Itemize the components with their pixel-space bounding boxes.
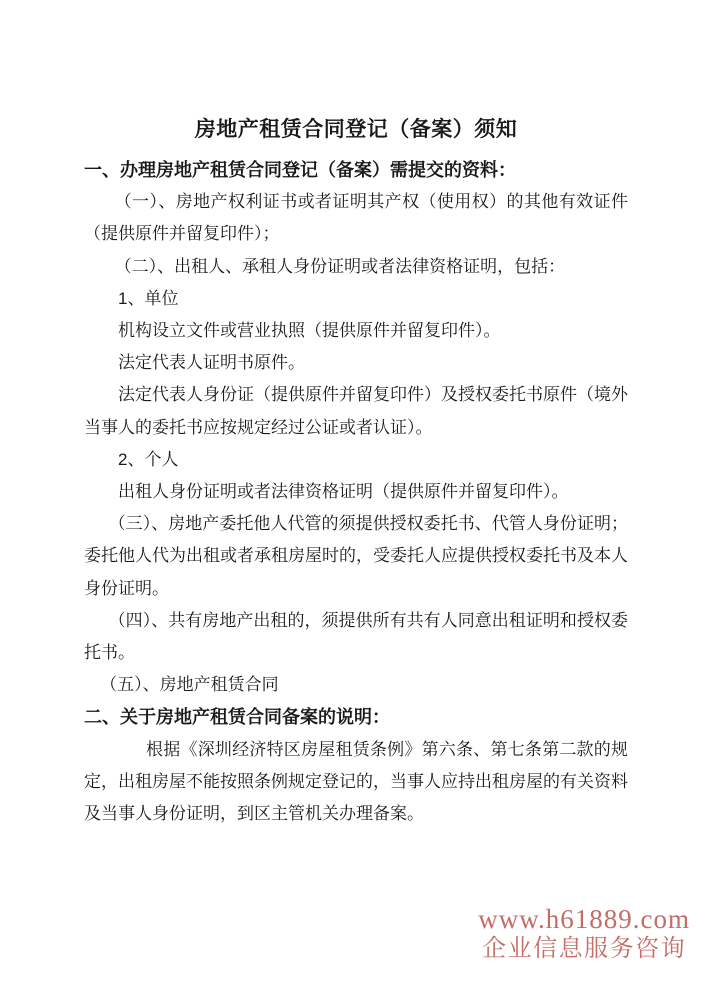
section-1-paragraph-3: 1、单位 <box>84 283 628 315</box>
section-1-paragraph-4: 机构设立文件或营业执照（提供原件并留复印件）。 <box>84 315 628 347</box>
section-1-paragraph-2: （二）、出租人、承租人身份证明或者法律资格证明，包括： <box>84 251 628 283</box>
section-1-paragraph-5: 法定代表人证明书原件。 <box>84 347 628 379</box>
section-2-heading: 二、关于房地产租赁合同备案的说明： <box>84 701 628 733</box>
watermark-caption: 企业信息服务咨询 <box>478 935 690 963</box>
section-1-paragraph-7: 2、个人 <box>84 444 628 476</box>
section-1-heading: 一、办理房地产租赁合同登记（备案）需提交的资料： <box>84 154 628 186</box>
watermark-url: www.h61889.com <box>478 903 690 935</box>
section-1-paragraph-8: 出租人身份证明或者法律资格证明（提供原件并留复印件）。 <box>84 476 628 508</box>
document-content: 房地产租赁合同登记（备案）须知 一、办理房地产租赁合同登记（备案）需提交的资料：… <box>84 112 628 830</box>
document-title: 房地产租赁合同登记（备案）须知 <box>84 112 628 148</box>
section-1-paragraph-9: （三）、房地产委托他人代管的须提供授权委托书、代管人身份证明；委托他人代为出租或… <box>84 508 628 605</box>
section-1-paragraph-10: （四）、共有房地产出租的，须提供所有共有人同意出租证明和授权委托书。 <box>84 605 628 669</box>
section-1-paragraph-1: （一）、房地产权利证书或者证明其产权（使用权）的其他有效证件（提供原件并留复印件… <box>84 186 628 250</box>
document-page: 房地产租赁合同登记（备案）须知 一、办理房地产租赁合同登记（备案）需提交的资料：… <box>0 0 720 1002</box>
watermark: www.h61889.com 企业信息服务咨询 <box>478 903 690 963</box>
section-1-paragraph-6: 法定代表人身份证（提供原件并留复印件）及授权委托书原件（境外当事人的委托书应按规… <box>84 379 628 443</box>
section-2-paragraph-1: 根据《深圳经济特区房屋租赁条例》第六条、第七条第二款的规定，出租房屋不能按照条例… <box>84 734 628 831</box>
section-1-paragraph-11: （五）、房地产租赁合同 <box>84 669 628 701</box>
